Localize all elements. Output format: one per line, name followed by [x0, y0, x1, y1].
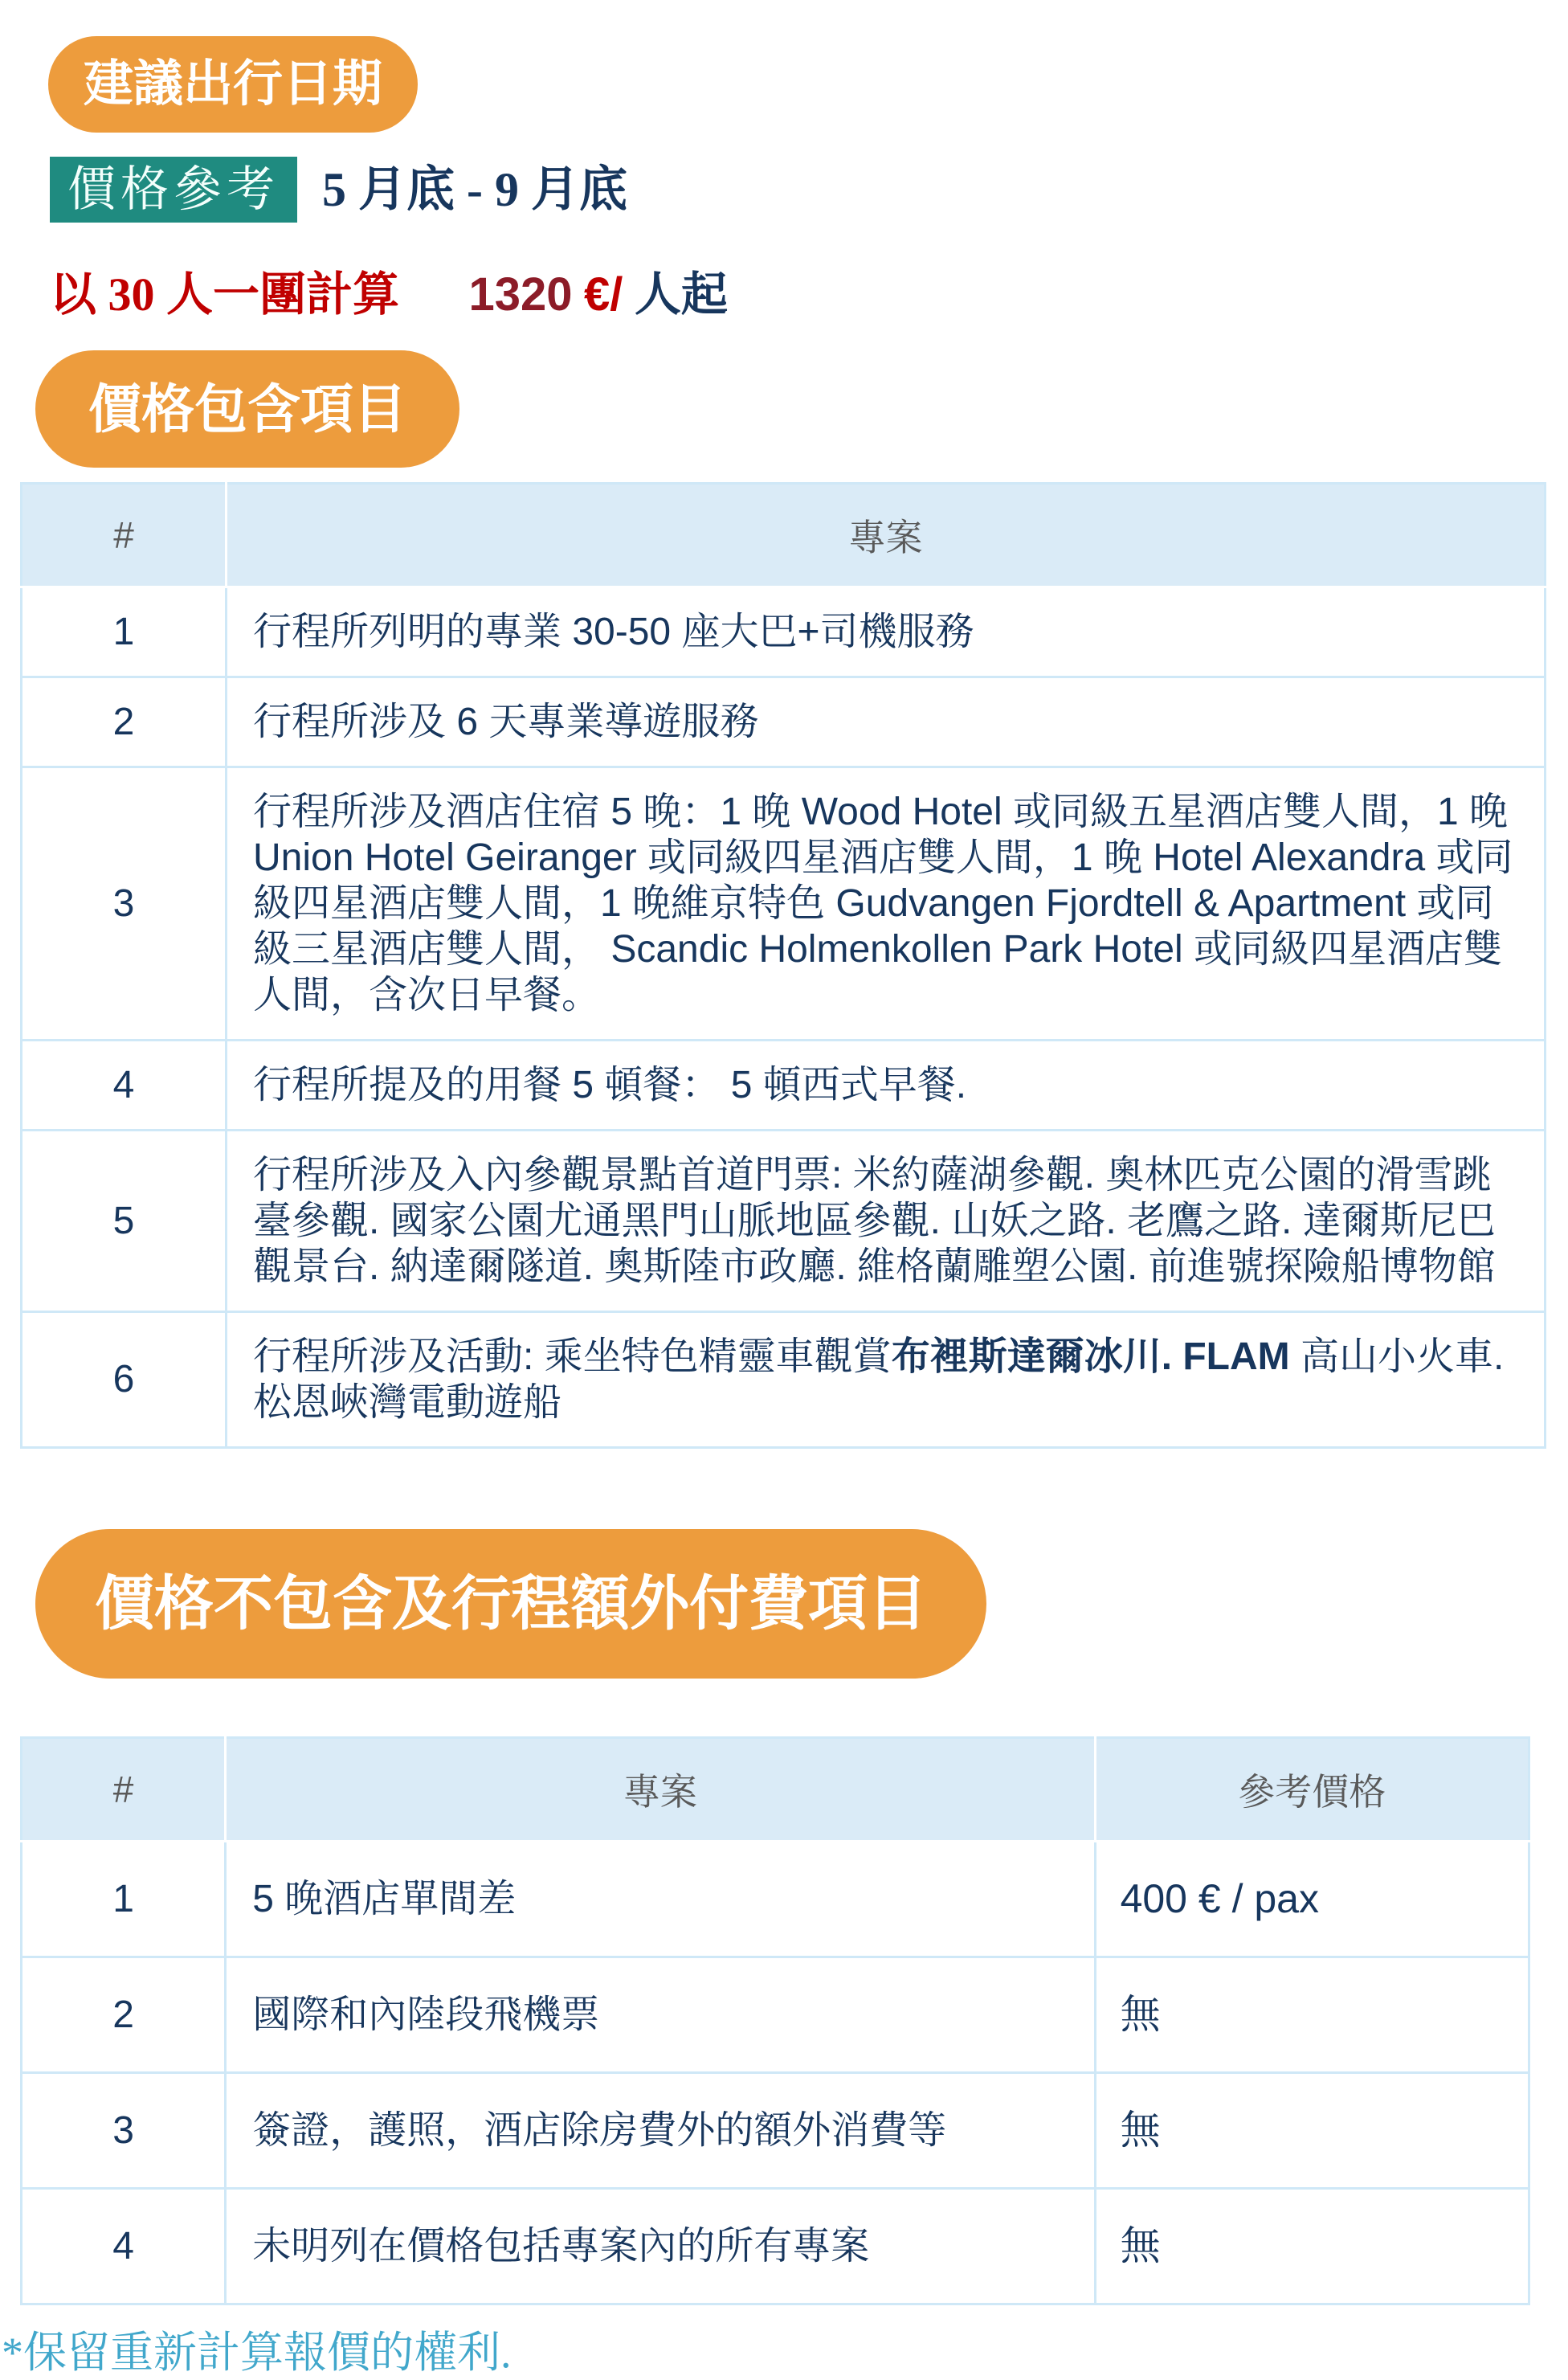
- row-item-text: 國際和內陸段飛機票: [226, 1957, 1095, 2072]
- table-row: 3 行程所涉及酒店住宿 5 晚：1 晚 Wood Hotel 或同級五星酒店雙人…: [22, 767, 1546, 1040]
- row-reference-price: 無: [1095, 2188, 1529, 2304]
- row-number: 2: [22, 1957, 226, 2072]
- table-row: 5 行程所涉及入內參觀景點首道門票: 米約薩湖參觀. 奧林匹克公園的滑雪跳臺參觀…: [22, 1130, 1546, 1311]
- table-row: 2 國際和內陸段飛機票 無: [22, 1957, 1529, 2072]
- column-header-number: #: [22, 1737, 226, 1841]
- travel-date-range: 5 月底 - 9 月底: [322, 163, 627, 216]
- price-reference-line: 價格參考 5 月底 - 9 月底: [50, 157, 1568, 223]
- row-item-text: 5 晚酒店單間差: [226, 1841, 1095, 1957]
- row-reference-price: 無: [1095, 2072, 1529, 2188]
- included-items-table: # 專案 1 行程所列明的專業 30-50 座大巴+司機服務 2 行程所涉及 6…: [20, 482, 1546, 1449]
- per-person-price-suffix: 人起: [635, 268, 728, 321]
- price-reference-label: 價格參考: [50, 157, 297, 223]
- column-header-reference-price: 參考價格: [1095, 1737, 1529, 1841]
- excluded-items-table: # 專案 參考價格 1 5 晚酒店單間差 400 € / pax 2 國際和內陸…: [20, 1736, 1530, 2305]
- per-person-price-unit: €/: [584, 268, 623, 321]
- table-row: 4 行程所提及的用餐 5 頓餐： 5 頓西式早餐.: [22, 1040, 1546, 1130]
- per-person-price-number: 1320: [469, 268, 573, 321]
- row-item-text: 行程所涉及活動: 乘坐特色精靈車觀賞布裡斯達爾冰川. FLAM 高山小火車. 松…: [227, 1311, 1546, 1447]
- section-badge-suggested-dates: 建議出行日期: [48, 36, 418, 133]
- row-number: 4: [22, 2188, 226, 2304]
- row-number: 6: [22, 1311, 227, 1447]
- column-header-item: 專案: [227, 483, 1546, 587]
- row-reference-price: 無: [1095, 1957, 1529, 2072]
- table-row: 1 5 晚酒店單間差 400 € / pax: [22, 1841, 1529, 1957]
- table-row: 4 未明列在價格包括專案內的所有專案 無: [22, 2188, 1529, 2304]
- row-number: 1: [22, 1841, 226, 1957]
- column-header-item: 專案: [226, 1737, 1095, 1841]
- row-item-text: 行程所涉及酒店住宿 5 晚：1 晚 Wood Hotel 或同級五星酒店雙人間，…: [227, 767, 1546, 1040]
- table-header-row: # 專案: [22, 483, 1546, 587]
- row-item-text-bold: 布裡斯達爾冰川. FLAM: [892, 1335, 1290, 1378]
- row-number: 3: [22, 2072, 226, 2188]
- row-item-text: 行程所涉及 6 天專業導遊服務: [227, 677, 1546, 767]
- group-price-line: 以 30 人一團計算 1320 €/ 人起: [50, 267, 1568, 323]
- table-header-row: # 專案 參考價格: [22, 1737, 1529, 1841]
- quote-recalculation-footnote: *保留重新計算報價的權利.: [2, 2318, 1568, 2380]
- row-item-text: 簽證，護照，酒店除房費外的額外消費等: [226, 2072, 1095, 2188]
- row-item-text: 行程所列明的專業 30-50 座大巴+司機服務: [227, 587, 1546, 677]
- table-row: 3 簽證，護照，酒店除房費外的額外消費等 無: [22, 2072, 1529, 2188]
- table-row: 1 行程所列明的專業 30-50 座大巴+司機服務: [22, 587, 1546, 677]
- row-item-text: 未明列在價格包括專案內的所有專案: [226, 2188, 1095, 2304]
- table-row: 2 行程所涉及 6 天專業導遊服務: [22, 677, 1546, 767]
- row-item-text-pre: 行程所涉及活動: 乘坐特色精靈車觀賞: [253, 1335, 892, 1378]
- row-number: 3: [22, 767, 227, 1040]
- travel-quote-document: 建議出行日期 價格參考 5 月底 - 9 月底 以 30 人一團計算 1320 …: [0, 0, 1568, 2380]
- row-reference-price: 400 € / pax: [1095, 1841, 1529, 1957]
- section-badge-price-included: 價格包含項目: [35, 350, 459, 468]
- row-number: 4: [22, 1040, 227, 1130]
- row-number: 5: [22, 1130, 227, 1311]
- section-badge-price-excluded: 價格不包含及行程額外付費項目: [35, 1529, 986, 1679]
- column-header-number: #: [22, 483, 227, 587]
- table-row: 6 行程所涉及活動: 乘坐特色精靈車觀賞布裡斯達爾冰川. FLAM 高山小火車.…: [22, 1311, 1546, 1447]
- row-number: 2: [22, 677, 227, 767]
- row-item-text: 行程所涉及入內參觀景點首道門票: 米約薩湖參觀. 奧林匹克公園的滑雪跳臺參觀. …: [227, 1130, 1546, 1311]
- group-size-basis: 以 30 人一團計算: [50, 268, 399, 321]
- row-item-text: 行程所提及的用餐 5 頓餐： 5 頓西式早餐.: [227, 1040, 1546, 1130]
- row-number: 1: [22, 587, 227, 677]
